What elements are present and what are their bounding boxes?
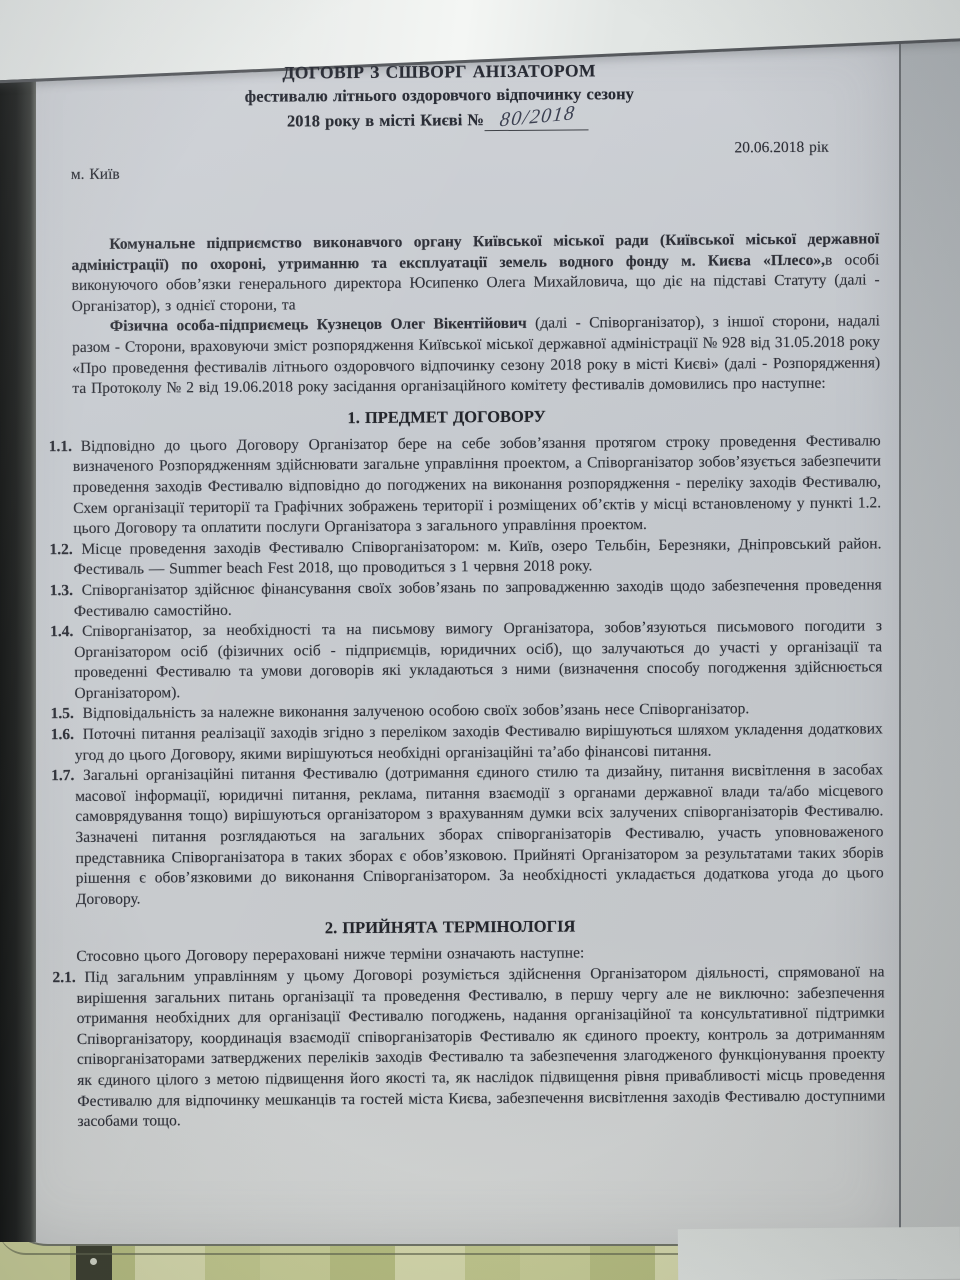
clause-number: 1.7.: [51, 766, 85, 787]
title-line-3: 2018 року в місті Києві №80/2018: [70, 105, 808, 135]
section-2-heading: 2. ПРИЙНЯТА ТЕРМІНОЛОГІЯ: [76, 914, 824, 941]
clause-number: 1.4.: [50, 622, 84, 643]
contract-number-field: 80/2018: [484, 106, 592, 132]
preamble-paragraph-1: Комунальне підприємство виконавчого орга…: [71, 229, 880, 317]
clause-text: Співорганізатор, за необхідності та на п…: [74, 617, 882, 701]
preamble: Комунальне підприємство виконавчого орга…: [71, 229, 880, 399]
contract-clause: 1.7.Загальні організаційні питання Фести…: [75, 761, 884, 911]
section-1-clauses: 1.1.Відповідно до цього Договору Організ…: [73, 431, 884, 910]
clause-number: 2.1.: [52, 968, 86, 989]
contract-clause: 1.3.Співорганізатор здійснює фінансуванн…: [74, 575, 882, 622]
clause-text: Загальні організаційні питання Фестивалю…: [75, 762, 884, 908]
next-sheet-corner: [678, 1227, 960, 1280]
document-photo: ДОГОВІР З СШВОРГ АНІЗАТОРОМ фестивалю лі…: [0, 0, 960, 1280]
clause-text: Під загальним управлінням у цьому Догово…: [77, 963, 886, 1130]
contract-clause: 2.1.Під загальним управлінням у цьому До…: [76, 962, 885, 1132]
contract-clause: 1.4.Співорганізатор, за необхідності та …: [74, 616, 883, 704]
clause-number: 1.6.: [51, 725, 85, 746]
contract-clause: 1.2.Місце проведення заходів Фестивалю С…: [73, 534, 881, 581]
clause-number: 1.1.: [49, 437, 83, 458]
clause-text: Місце проведення заходів Фестивалю Співо…: [74, 535, 882, 578]
city-line: м. Київ: [71, 159, 879, 185]
clause-number: 1.3.: [50, 581, 84, 602]
clause-text: Відповідно до цього Договору Організатор…: [73, 432, 881, 537]
clause-number: 1.5.: [51, 704, 85, 725]
contract-clause: 1.1.Відповідно до цього Договору Організ…: [73, 431, 882, 540]
clause-text: Співорганізатор здійснює фінансування св…: [74, 576, 882, 619]
section-1-heading: 1. ПРЕДМЕТ ДОГОВОРУ: [72, 404, 820, 431]
document-title: ДОГОВІР З СШВОРГ АНІЗАТОРОМ фестивалю лі…: [70, 56, 878, 135]
binder-strip: [0, 70, 36, 1242]
section-2-clauses: 2.1.Під загальним управлінням у цьому До…: [76, 962, 885, 1132]
clause-number: 1.2.: [49, 540, 83, 561]
clause-text: Поточні питання реалізації заходів згідн…: [75, 720, 883, 763]
preamble-paragraph-2: Фізична особа-підприємець Кузнецов Олег …: [72, 312, 881, 400]
contract-page: ДОГОВІР З СШВОРГ АНІЗАТОРОМ фестивалю лі…: [70, 48, 886, 1132]
contract-clause: 1.6.Поточні питання реалізації заходів з…: [75, 719, 883, 766]
clause-text: Відповідальність за належне виконання за…: [83, 701, 750, 723]
date-line: 20.06.2018 рік: [71, 137, 879, 163]
sleeve-background: [897, 0, 960, 1280]
